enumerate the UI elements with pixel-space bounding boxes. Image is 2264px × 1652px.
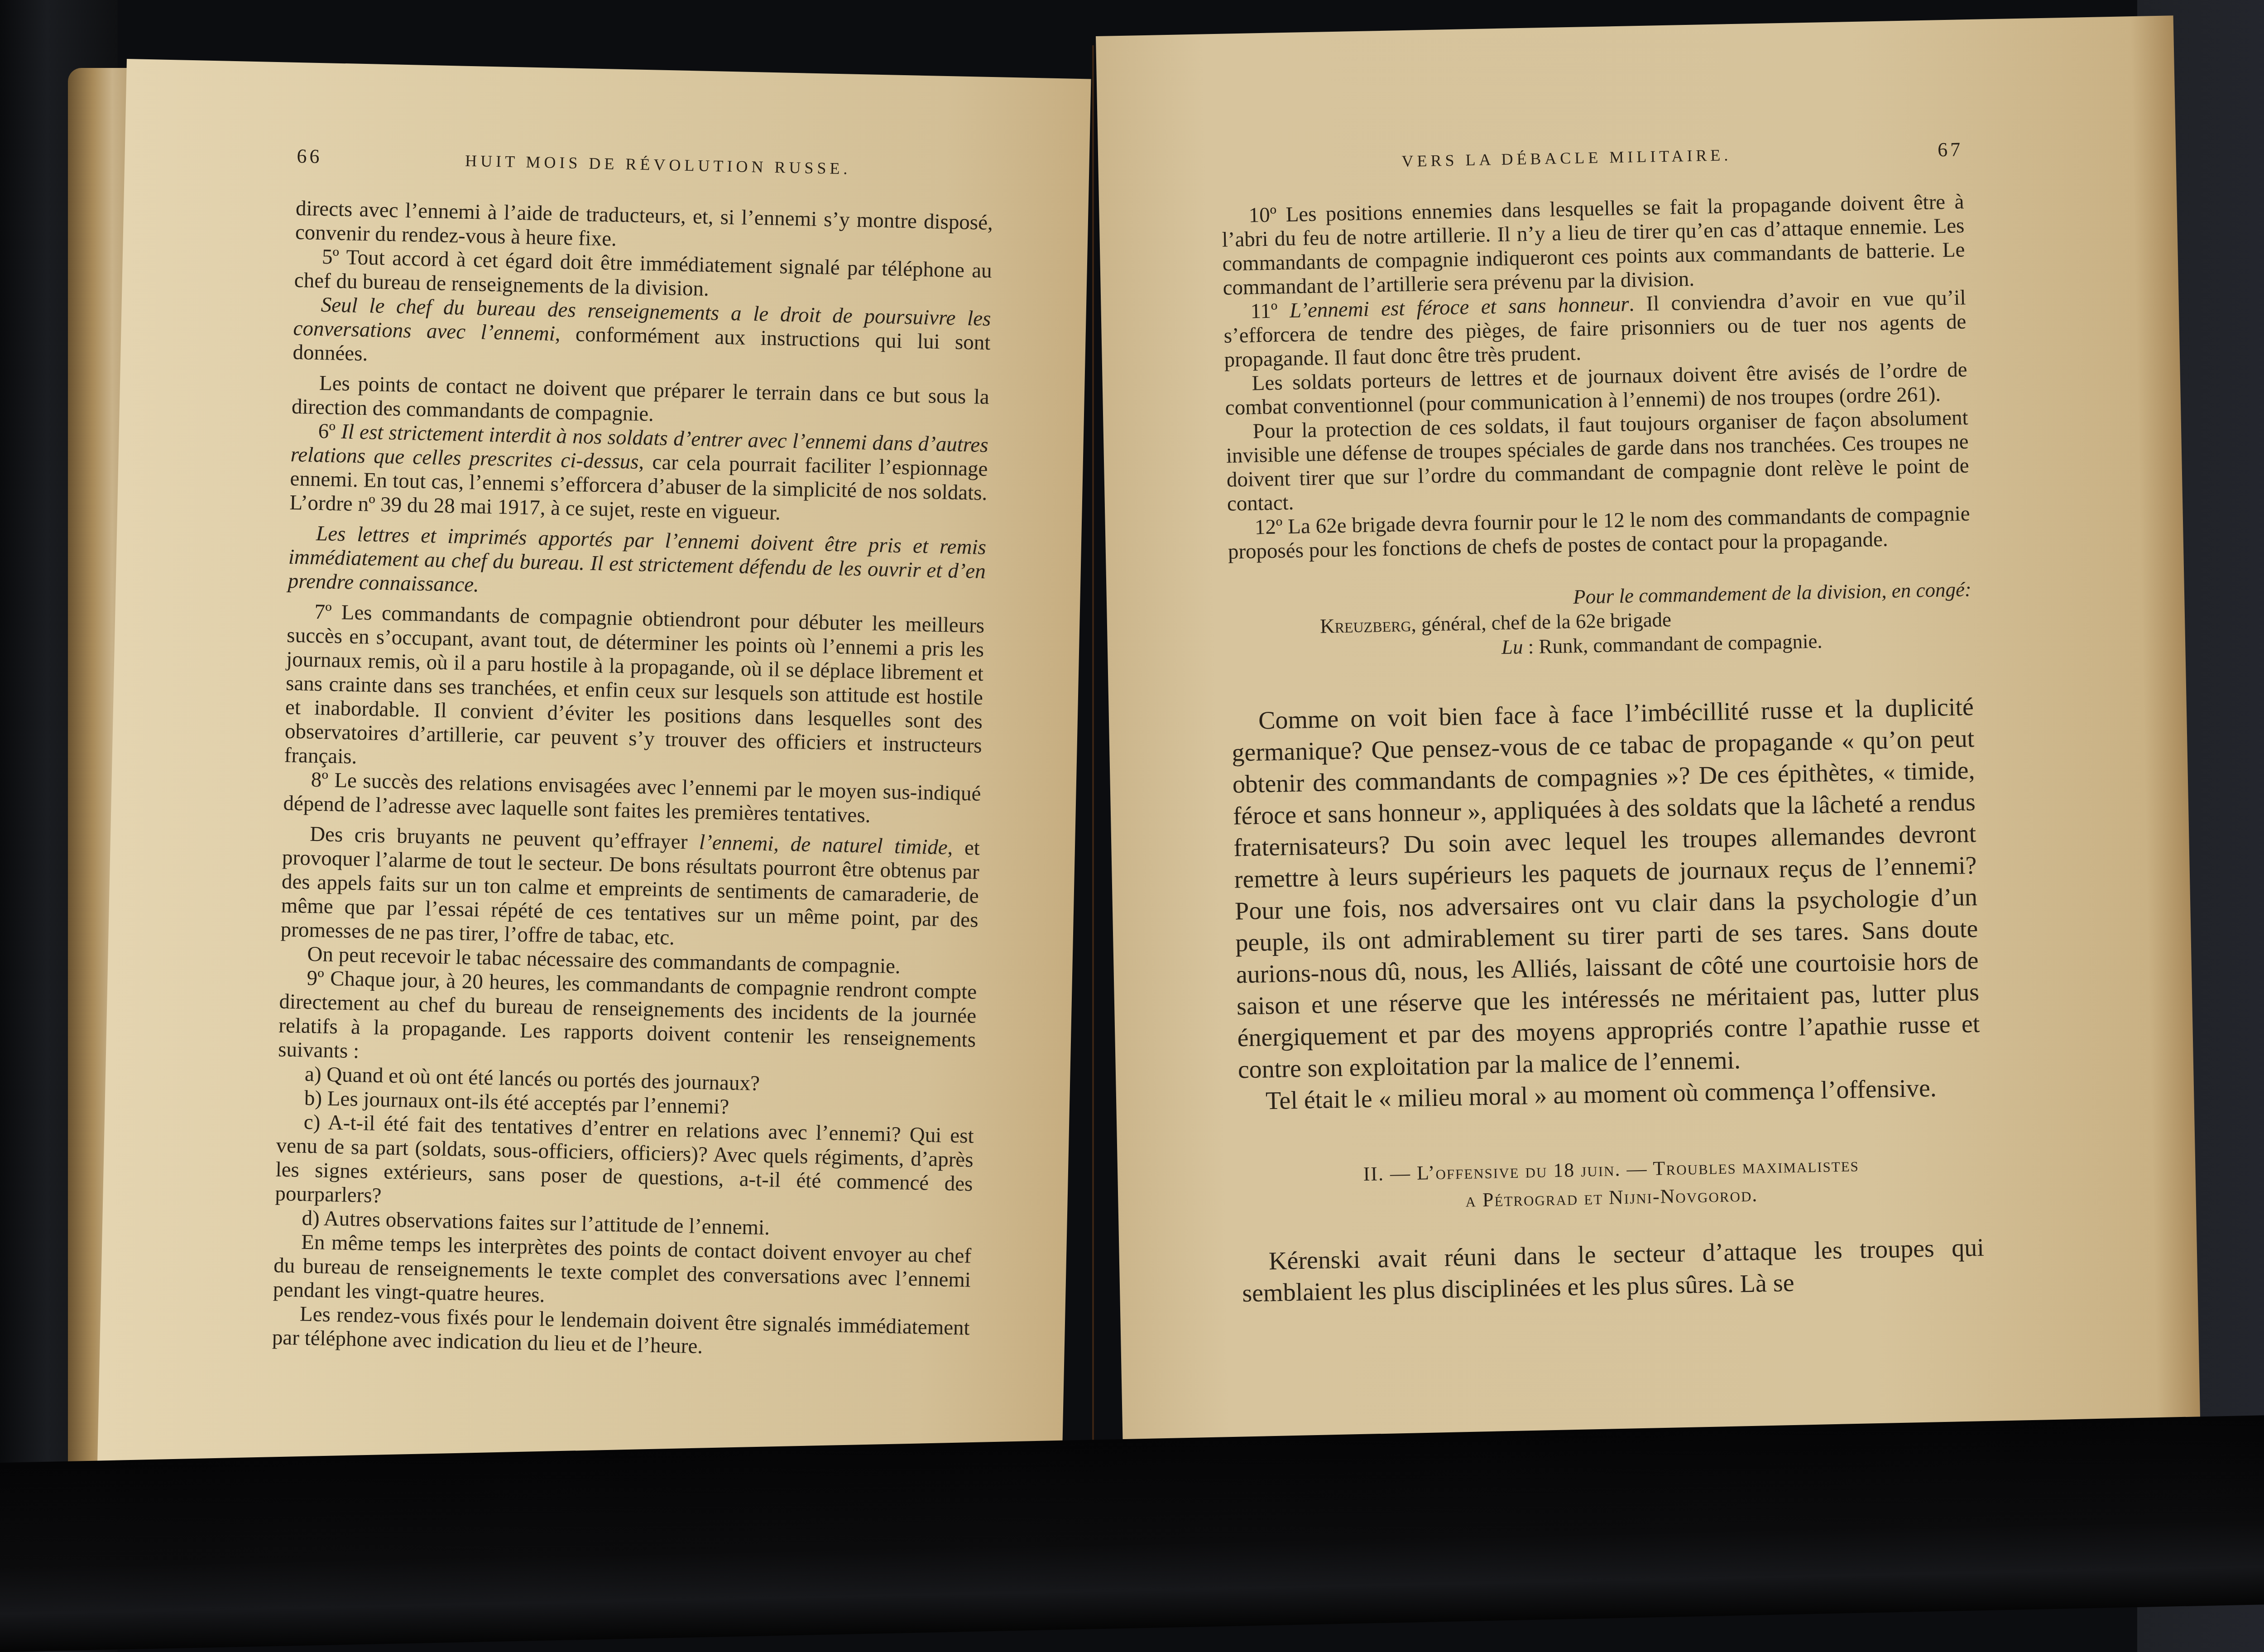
right-running-head: VERS LA DÉBACLE MILITAIRE. 67 <box>1220 137 1963 177</box>
paragraph-interpretes: En même temps les interprètes des points… <box>273 1229 972 1316</box>
right-page-text: VERS LA DÉBACLE MILITAIRE. 67 10º Les po… <box>1220 137 1985 1309</box>
left-page-text: 66 HUIT MOIS DE RÉVOLUTION RUSSE. direct… <box>272 144 994 1364</box>
right-page: VERS LA DÉBACLE MILITAIRE. 67 10º Les po… <box>1096 15 2201 1494</box>
paragraph-11: 11º L’ennemi est féroce et sans honneur.… <box>1223 286 1967 372</box>
signature-block: Pour le commandement de la division, en … <box>1229 577 1973 664</box>
paragraph-seul-le-chef: Seul le chef du bureau des renseignement… <box>293 293 991 379</box>
page-number-right: 67 <box>1938 137 1963 162</box>
paragraph-lettres-imprimes: Les lettres et imprimés apportés par l’e… <box>288 521 986 608</box>
list-item-c: c) A-t-il été fait des tentatives d’entr… <box>275 1109 974 1220</box>
section-first-paragraph: Kérenski avait réuni dans le secteur d’a… <box>1241 1232 1985 1309</box>
paragraph-cris-bruyants: Des cris bruyants ne peuvent qu’effrayer… <box>280 822 980 956</box>
left-running-head: 66 HUIT MOIS DE RÉVOLUTION RUSSE. <box>297 144 994 184</box>
paragraph-7: 7º Les commandants de compagnie obtiendr… <box>284 600 984 782</box>
page-number-left: 66 <box>297 144 322 168</box>
paragraph-6: 6º Il est strictement interdit à nos sol… <box>289 419 988 529</box>
running-title-right: VERS LA DÉBACLE MILITAIRE. <box>1401 143 1732 173</box>
book-gutter <box>1092 45 1094 1508</box>
running-title-left: HUIT MOIS DE RÉVOLUTION RUSSE. <box>465 149 851 181</box>
paragraph-protection: Pour la protection de ces soldats, il fa… <box>1225 406 1970 516</box>
section-heading: II. — L’offensive du 18 juin. — Troubles… <box>1240 1148 1983 1219</box>
left-page: 66 HUIT MOIS DE RÉVOLUTION RUSSE. direct… <box>96 59 1091 1528</box>
paragraph-10: 10º Les positions ennemies dans lesquell… <box>1221 190 1966 300</box>
commentary-paragraph: Comme on voit bien face à face l’imbécil… <box>1231 691 1981 1085</box>
paragraph-9: 9º Chaque jour, à 20 heures, les command… <box>278 966 977 1076</box>
signatory-name: Kreuzberg <box>1320 613 1411 638</box>
